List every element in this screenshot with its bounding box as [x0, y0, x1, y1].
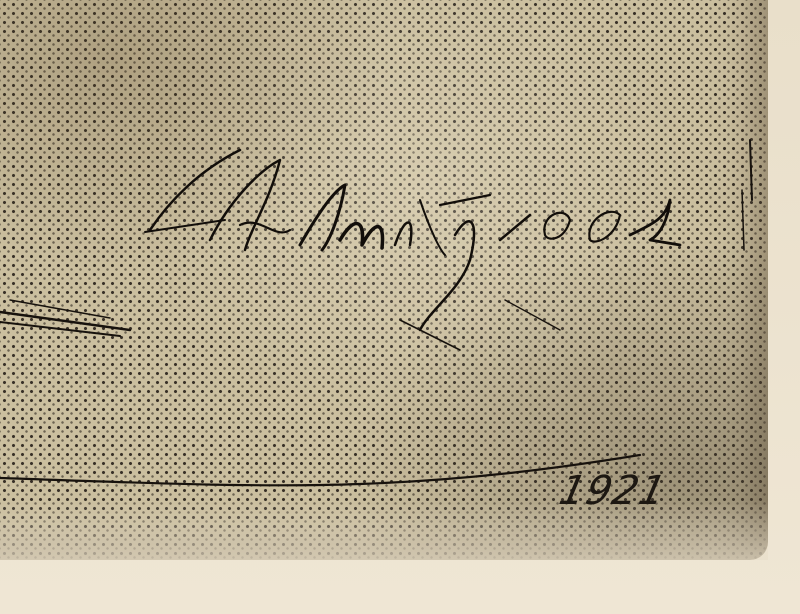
year-annotation: 1921	[555, 468, 671, 514]
etched-line-strokes	[0, 0, 800, 614]
signature-text: G. Klimt 1902	[139, 168, 547, 250]
